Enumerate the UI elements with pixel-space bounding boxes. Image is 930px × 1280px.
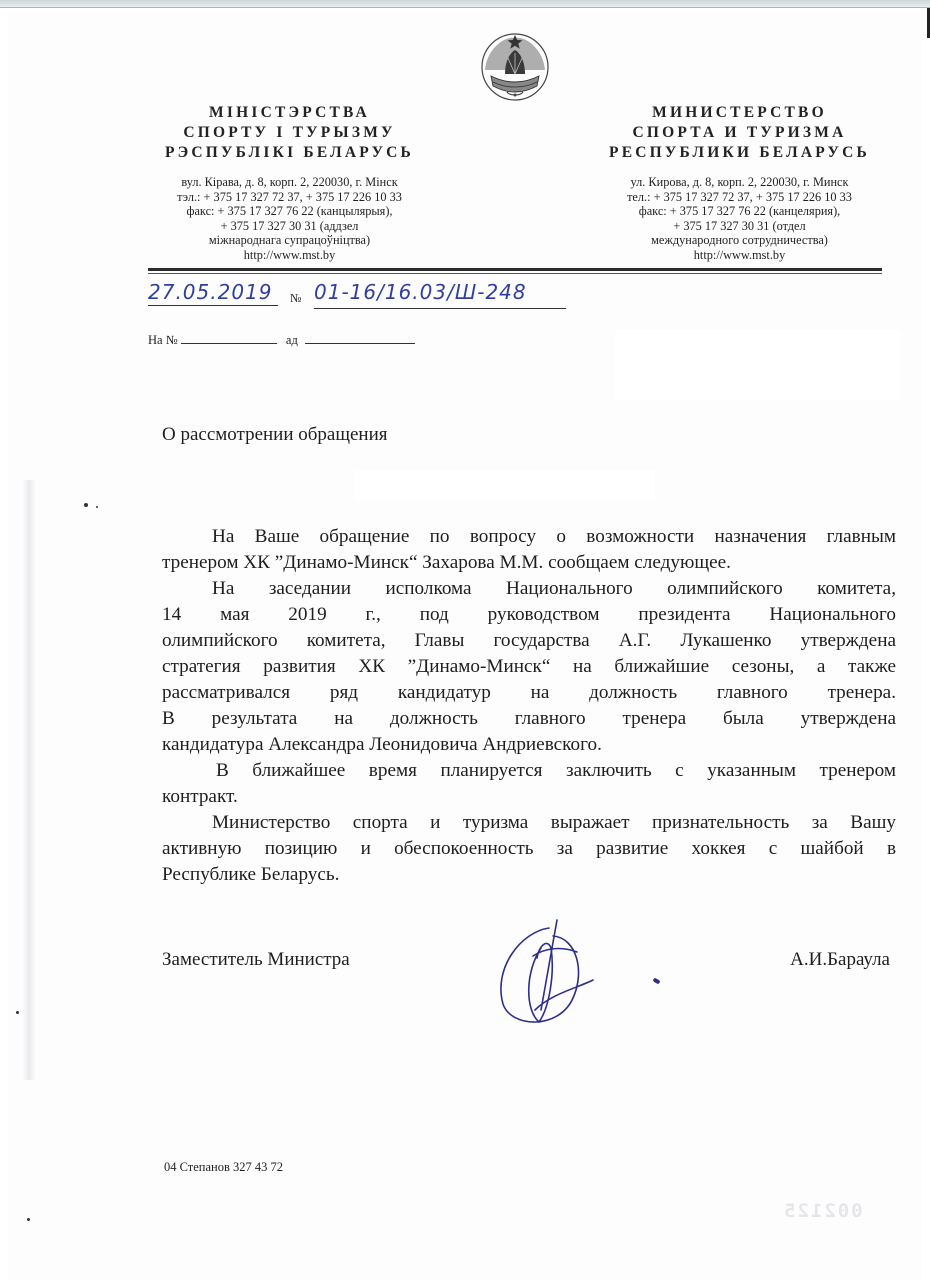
body-line: контракт. bbox=[108, 784, 896, 810]
fax-line: міжнароднага супрацоўніцтва) bbox=[132, 233, 447, 248]
handwritten-signature-icon bbox=[481, 918, 641, 1030]
scan-speck bbox=[96, 506, 98, 508]
body-line: Республике Беларусь. bbox=[112, 862, 896, 888]
org-name-line: РЭСПУБЛІКІ БЕЛАРУСЬ bbox=[132, 143, 447, 163]
org-name-line: СПОРТА И ТУРИЗМА bbox=[582, 123, 897, 143]
body-line: кандидатура Александра Леонидовича Андри… bbox=[112, 732, 896, 758]
phone-line: тел.: + 375 17 327 72 37, + 375 17 226 1… bbox=[582, 190, 897, 205]
executor-info: 04 Степанов 327 43 72 bbox=[164, 1160, 283, 1175]
body-line: стратегия развития ХК ”Динамо-Минск“ на … bbox=[112, 654, 896, 680]
redacted-addressee bbox=[615, 330, 900, 400]
scan-fold-shadow bbox=[22, 480, 36, 1080]
reference-number-blank bbox=[181, 334, 277, 344]
letter-subject: О рассмотрении обращения bbox=[162, 424, 388, 446]
fax-line: факс: + 375 17 327 76 22 (канцелярия), bbox=[582, 204, 897, 219]
org-name-belarusian: МІНІСТЭРСТВА СПОРТУ І ТУРЫЗМУ РЭСПУБЛІКІ… bbox=[132, 103, 447, 163]
reference-number-label: На № bbox=[148, 333, 178, 347]
letter-body: На Ваше обращение по вопросу о возможнос… bbox=[162, 524, 896, 888]
letterhead-russian: МИНИСТЕРСТВО СПОРТА И ТУРИЗМА РЕСПУБЛИКИ… bbox=[582, 103, 897, 263]
org-name-line: МІНІСТЭРСТВА bbox=[132, 103, 447, 123]
reference-from-label: ад bbox=[286, 333, 298, 347]
body-paragraph: На заседании исполкома Национального оли… bbox=[162, 576, 896, 758]
body-line: олимпийского комитета, Главы государства… bbox=[112, 628, 896, 654]
reference-date-blank bbox=[305, 334, 415, 344]
website-link: http://www.mst.by bbox=[132, 248, 447, 263]
address-russian: ул. Кирова, д. 8, корп. 2, 220030, г. Ми… bbox=[582, 175, 897, 263]
divider-thick-line bbox=[148, 268, 882, 271]
body-line: рассматривался ряд кандидатур на должнос… bbox=[112, 680, 896, 706]
registration-number-underline bbox=[314, 308, 566, 309]
body-line: 14 мая 2019 г., под руководством президе… bbox=[112, 602, 896, 628]
registration-number: 01-16/16.03/Ш-248 bbox=[314, 280, 527, 304]
registration-date: 27.05.2019 bbox=[148, 280, 278, 306]
letterhead-belarusian: МІНІСТЭРСТВА СПОРТУ І ТУРЫЗМУ РЭСПУБЛІКІ… bbox=[132, 103, 447, 263]
body-paragraph: На Ваше обращение по вопросу о возможнос… bbox=[162, 524, 896, 576]
body-paragraph: Министерство спорта и туризма выражает п… bbox=[162, 810, 896, 888]
scan-speck bbox=[27, 1218, 30, 1221]
address-line: вул. Кірава, д. 8, корп. 2, 220030, г. М… bbox=[132, 175, 447, 190]
org-name-russian: МИНИСТЕРСТВО СПОРТА И ТУРИЗМА РЕСПУБЛИКИ… bbox=[582, 103, 897, 163]
scan-edge-line bbox=[0, 7, 930, 8]
fax-line: международного сотрудничества) bbox=[582, 233, 897, 248]
body-line: активную позицию и обеспокоенность за ра… bbox=[112, 836, 896, 862]
scan-speck bbox=[84, 503, 88, 507]
letterhead-divider bbox=[148, 268, 882, 274]
body-line: В ближайшее время планируется заключить … bbox=[162, 758, 896, 784]
body-line: На заседании исполкома Национального оли… bbox=[162, 576, 896, 602]
body-line: тренером ХК ”Динамо-Минск“ Захарова М.М.… bbox=[112, 550, 896, 576]
address-belarusian: вул. Кірава, д. 8, корп. 2, 220030, г. М… bbox=[132, 175, 447, 263]
org-name-line: РЕСПУБЛИКИ БЕЛАРУСЬ bbox=[582, 143, 897, 163]
body-line: На Ваше обращение по вопросу о возможнос… bbox=[162, 524, 896, 550]
org-name-line: МИНИСТЕРСТВО bbox=[582, 103, 897, 123]
reference-line: На № ад bbox=[148, 333, 415, 348]
body-paragraph: В ближайшее время планируется заключить … bbox=[162, 758, 896, 810]
signatory-name: А.И.Бараула bbox=[790, 949, 890, 971]
registration-number-label: № bbox=[290, 291, 301, 306]
address-line: ул. Кирова, д. 8, корп. 2, 220030, г. Ми… bbox=[582, 175, 897, 190]
signatory-title: Заместитель Министра bbox=[162, 949, 350, 971]
body-line: Министерство спорта и туризма выражает п… bbox=[162, 810, 896, 836]
website-link: http://www.mst.by bbox=[582, 248, 897, 263]
phone-line: тэл.: + 375 17 327 72 37, + 375 17 226 1… bbox=[132, 190, 447, 205]
divider-thin-line bbox=[148, 273, 882, 274]
fax-line: + 375 17 327 30 31 (аддзел bbox=[132, 219, 447, 234]
redacted-area bbox=[355, 470, 655, 500]
fax-line: + 375 17 327 30 31 (отдел bbox=[582, 219, 897, 234]
body-line: В результата на должность главного трене… bbox=[112, 706, 896, 732]
belarus-coat-of-arms-icon bbox=[477, 30, 553, 104]
scan-speck bbox=[16, 1011, 19, 1014]
showthrough-stamp: 002125 bbox=[782, 1200, 863, 1222]
fax-line: факс: + 375 17 327 76 22 (канцылярыя), bbox=[132, 204, 447, 219]
org-name-line: СПОРТУ І ТУРЫЗМУ bbox=[132, 123, 447, 143]
